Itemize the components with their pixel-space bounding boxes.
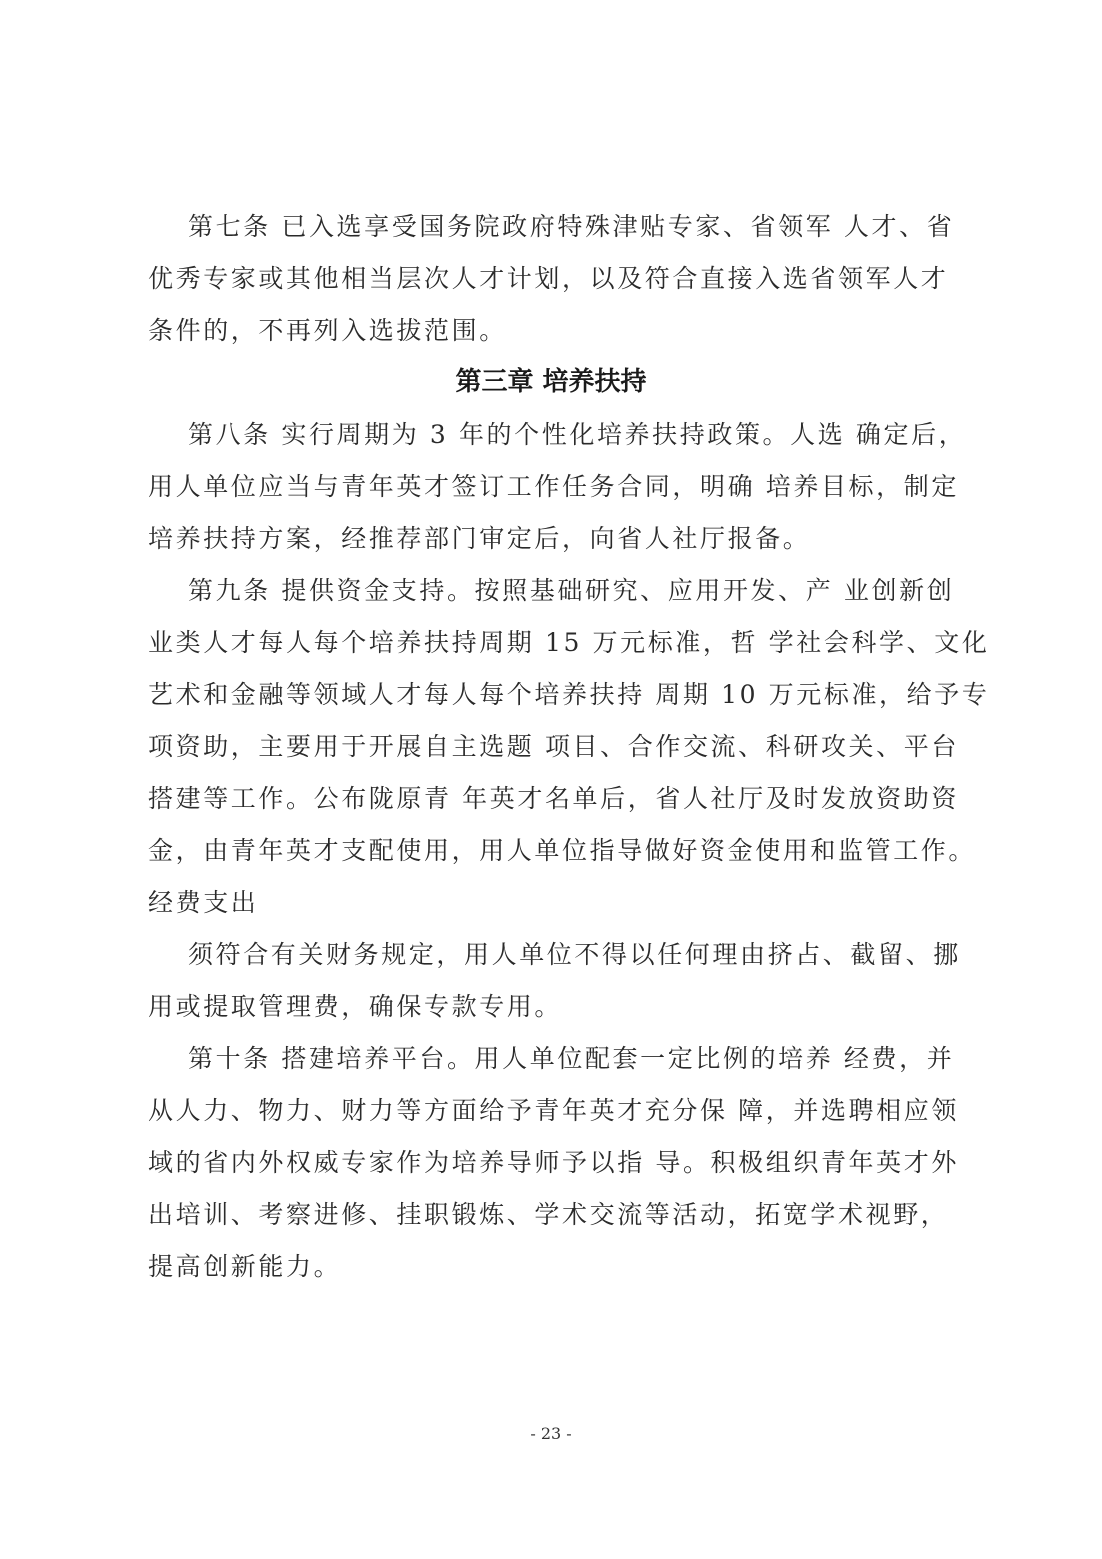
paragraph-line: 第七条 已入选享受国务院政府特殊津贴专家、省领军 人才、省 xyxy=(188,212,1018,242)
chapter-heading: 第三章 培养扶持 xyxy=(0,367,1102,397)
paragraph-line: 从人力、物力、财力等方面给予青年英才充分保 障，并选聘相应领 xyxy=(148,1096,978,1126)
paragraph-line: 经费支出 xyxy=(148,888,978,918)
page-number: - 23 - xyxy=(0,1424,1102,1444)
paragraph-line: 培养扶持方案，经推荐部门审定后，向省人社厅报备。 xyxy=(148,524,978,554)
paragraph-line: 优秀专家或其他相当层次人才计划，以及符合直接入选省领军人才 xyxy=(148,264,978,294)
paragraph-line: 域的省内外权威专家作为培养导师予以指 导。积极组织青年英才外 xyxy=(148,1148,978,1178)
paragraph-line: 用或提取管理费，确保专款专用。 xyxy=(148,992,978,1022)
paragraph-line: 提高创新能力。 xyxy=(148,1252,978,1282)
paragraph-line: 第十条 搭建培养平台。用人单位配套一定比例的培养 经费，并 xyxy=(188,1044,1018,1074)
paragraph-line: 搭建等工作。公布陇原青 年英才名单后，省人社厅及时发放资助资 xyxy=(148,784,978,814)
document-page: 第七条 已入选享受国务院政府特殊津贴专家、省领军 人才、省 优秀专家或其他相当层… xyxy=(0,0,1102,1559)
paragraph-line: 用人单位应当与青年英才签订工作任务合同，明确 培养目标，制定 xyxy=(148,472,978,502)
paragraph-line: 艺术和金融等领域人才每人每个培养扶持 周期 10 万元标准，给予专 xyxy=(148,680,978,710)
paragraph-line: 项资助，主要用于开展自主选题 项目、合作交流、科研攻关、平台 xyxy=(148,732,978,762)
paragraph-line: 条件的，不再列入选拔范围。 xyxy=(148,316,978,346)
paragraph-line: 金，由青年英才支配使用，用人单位指导做好资金使用和监管工作。 xyxy=(148,836,978,866)
paragraph-line: 须符合有关财务规定，用人单位不得以任何理由挤占、截留、挪 xyxy=(188,940,1018,970)
paragraph-line: 出培训、考察进修、挂职锻炼、学术交流等活动，拓宽学术视野， xyxy=(148,1200,978,1230)
paragraph-line: 第九条 提供资金支持。按照基础研究、应用开发、产 业创新创 xyxy=(188,576,1018,606)
paragraph-line: 业类人才每人每个培养扶持周期 15 万元标准，哲 学社会科学、文化 xyxy=(148,628,978,658)
paragraph-line: 第八条 实行周期为 3 年的个性化培养扶持政策。人选 确定后， xyxy=(188,420,1018,450)
